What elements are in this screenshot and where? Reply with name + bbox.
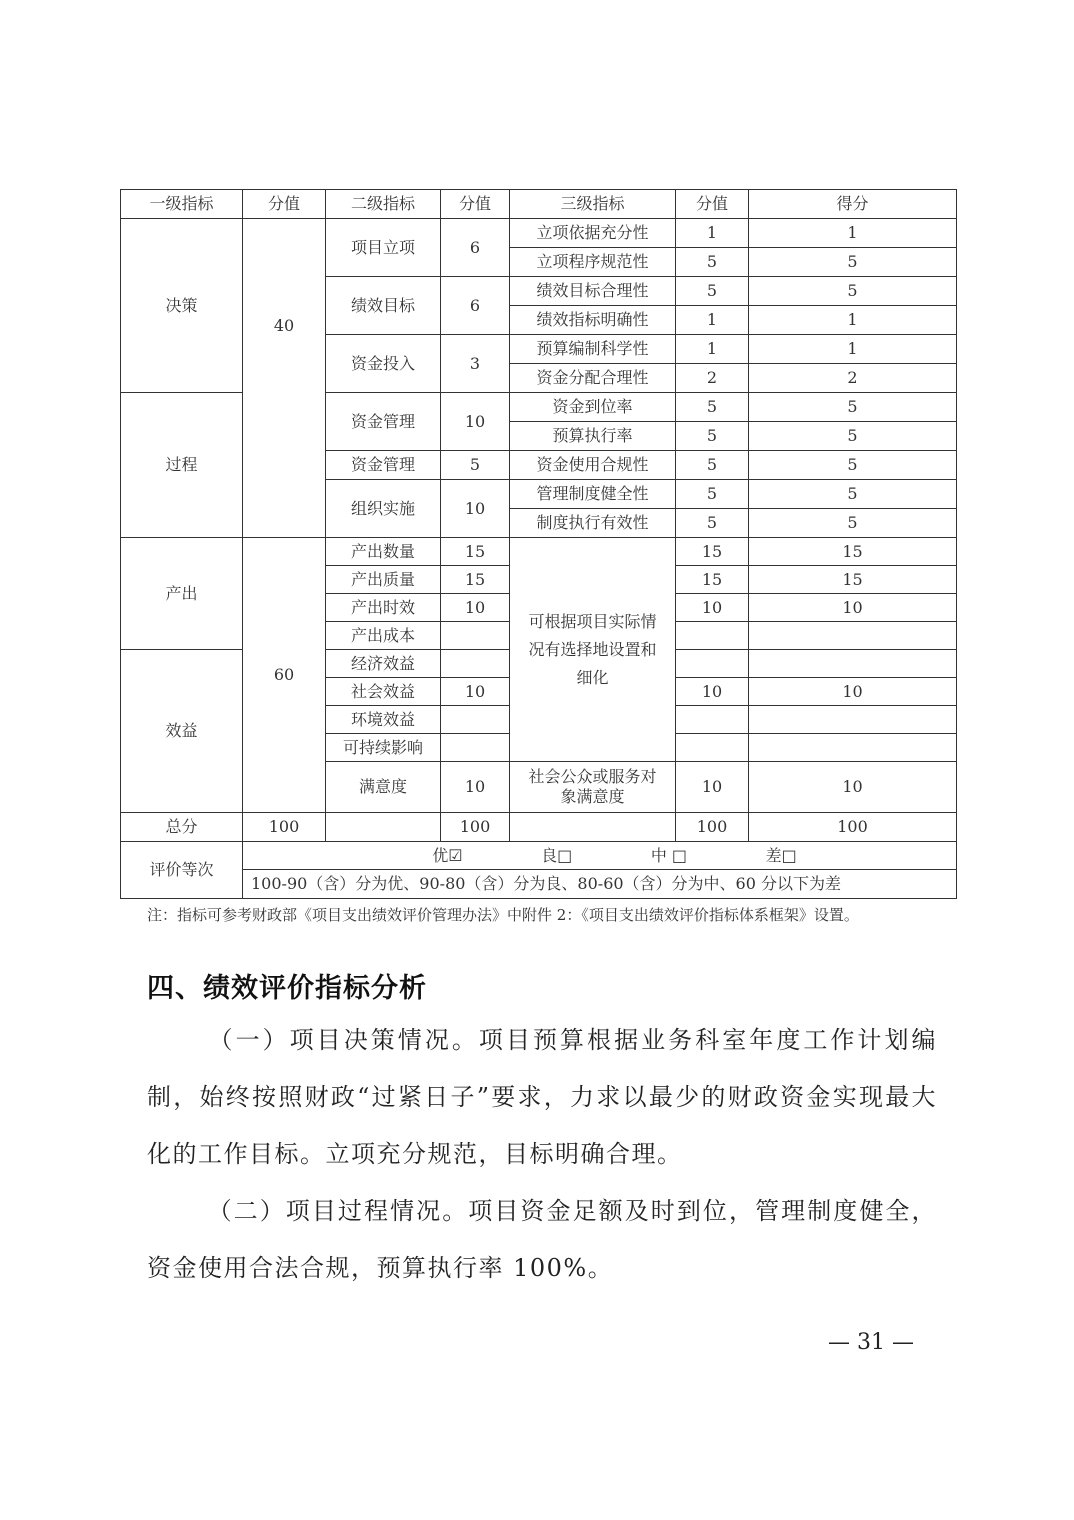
level3-name: 资金使用合规性 (510, 451, 676, 480)
level3-name: 制度执行有效性 (510, 509, 676, 538)
total-l1-score: 100 (243, 813, 326, 842)
level3-score (676, 650, 749, 678)
header-cell: 分值 (441, 190, 510, 219)
level3-score: 2 (676, 364, 749, 393)
level3-name: 预算执行率 (510, 422, 676, 451)
level1-score-60: 60 (243, 538, 326, 813)
level3-score: 1 (676, 335, 749, 364)
level3-name: 绩效指标明确性 (510, 306, 676, 335)
level2-score: 5 (441, 451, 510, 480)
total-obtained: 100 (749, 813, 957, 842)
total-l2-score: 100 (441, 813, 510, 842)
rating-row: 评价等次 优☑ 良□ 中 □ 差□ (121, 842, 957, 870)
level2-name: 资金管理 (326, 393, 441, 451)
level3-score (676, 622, 749, 650)
level2-score: 15 (441, 566, 510, 594)
empty-cell (326, 813, 441, 842)
level3-score: 10 (676, 594, 749, 622)
level3-score: 15 (676, 566, 749, 594)
table-footnote: 注：指标可参考财政部《项目支出绩效评价管理办法》中附件 2：《项目支出绩效评价指… (147, 903, 947, 928)
obtained-score: 10 (749, 678, 957, 706)
level3-score: 5 (676, 451, 749, 480)
total-label: 总分 (121, 813, 243, 842)
level3-score: 5 (676, 422, 749, 451)
header-cell: 一级指标 (121, 190, 243, 219)
paragraph-decision: （一）项目决策情况。项目预算根据业务科室年度工作计划编制，始终按照财政“过紧日子… (147, 1012, 937, 1183)
section-heading: 四、绩效评价指标分析 (147, 966, 427, 1005)
table-row: 决策 40 项目立项 6 立项依据充分性 1 1 (121, 219, 957, 248)
rating-criteria: 100-90（含）分为优、90-80（含）分为良、80-60（含）分为中、60 … (243, 870, 957, 899)
rating-label: 评价等次 (121, 842, 243, 899)
obtained-score: 15 (749, 538, 957, 566)
total-row: 总分 100 100 100 100 (121, 813, 957, 842)
obtained-score (749, 622, 957, 650)
obtained-score (749, 650, 957, 678)
level2-score: 15 (441, 538, 510, 566)
total-l3-score: 100 (676, 813, 749, 842)
level3-name: 管理制度健全性 (510, 480, 676, 509)
level2-score: 6 (441, 219, 510, 277)
level3-name: 立项依据充分性 (510, 219, 676, 248)
level3-name: 绩效目标合理性 (510, 277, 676, 306)
header-cell: 得分 (749, 190, 957, 219)
level2-name: 可持续影响 (326, 734, 441, 762)
page-number: — 31 — (828, 1330, 914, 1355)
level3-name: 资金分配合理性 (510, 364, 676, 393)
rating-poor-checkbox: 差□ (766, 846, 797, 866)
level1-process: 过程 (121, 393, 243, 538)
level2-name: 产出质量 (326, 566, 441, 594)
level2-score: 10 (441, 393, 510, 451)
level3-score (676, 706, 749, 734)
level3-score: 1 (676, 219, 749, 248)
level1-benefit: 效益 (121, 650, 243, 813)
level2-name: 经济效益 (326, 650, 441, 678)
header-cell: 三级指标 (510, 190, 676, 219)
obtained-score: 5 (749, 509, 957, 538)
obtained-score: 5 (749, 248, 957, 277)
level2-score (441, 734, 510, 762)
level2-score: 10 (441, 762, 510, 813)
level3-name: 资金到位率 (510, 393, 676, 422)
table-row: 产出 60 产出数量 15 可根据项目实际情况有选择地设置和细化 15 15 (121, 538, 957, 566)
rating-options: 优☑ 良□ 中 □ 差□ (243, 842, 957, 870)
level2-score (441, 706, 510, 734)
rating-good-checkbox: 良□ (541, 846, 572, 866)
level2-score: 10 (441, 594, 510, 622)
level3-score: 5 (676, 248, 749, 277)
level3-score: 15 (676, 538, 749, 566)
level2-name: 项目立项 (326, 219, 441, 277)
obtained-score: 1 (749, 219, 957, 248)
level3-score: 5 (676, 277, 749, 306)
obtained-score: 2 (749, 364, 957, 393)
rating-excellent-checked: 优☑ (432, 846, 462, 866)
obtained-score: 15 (749, 566, 957, 594)
obtained-score: 5 (749, 480, 957, 509)
level2-score: 10 (441, 480, 510, 538)
rating-criteria-row: 100-90（含）分为优、90-80（含）分为良、80-60（含）分为中、60 … (121, 870, 957, 899)
level2-score: 3 (441, 335, 510, 393)
level2-name: 资金投入 (326, 335, 441, 393)
empty-cell (510, 813, 676, 842)
obtained-score: 5 (749, 277, 957, 306)
obtained-score: 10 (749, 594, 957, 622)
level2-name: 环境效益 (326, 706, 441, 734)
header-cell: 分值 (243, 190, 326, 219)
obtained-score: 5 (749, 451, 957, 480)
obtained-score (749, 734, 957, 762)
header-cell: 二级指标 (326, 190, 441, 219)
level2-name: 资金管理 (326, 451, 441, 480)
obtained-score: 5 (749, 393, 957, 422)
level2-name: 社会效益 (326, 678, 441, 706)
table-header-row: 一级指标 分值 二级指标 分值 三级指标 分值 得分 (121, 190, 957, 219)
level3-score (676, 734, 749, 762)
level3-name: 立项程序规范性 (510, 248, 676, 277)
level2-score: 10 (441, 678, 510, 706)
obtained-score: 10 (749, 762, 957, 813)
level3-merged-note: 可根据项目实际情况有选择地设置和细化 (510, 538, 676, 762)
level3-name: 社会公众或服务对象满意度 (510, 762, 676, 813)
level2-name: 产出成本 (326, 622, 441, 650)
level2-score (441, 650, 510, 678)
level3-score: 10 (676, 678, 749, 706)
obtained-score: 1 (749, 306, 957, 335)
level1-output: 产出 (121, 538, 243, 650)
obtained-score: 5 (749, 422, 957, 451)
level3-score: 5 (676, 393, 749, 422)
level2-name: 产出数量 (326, 538, 441, 566)
paragraph-process: （二）项目过程情况。项目资金足额及时到位，管理制度健全，资金使用合法合规，预算执… (147, 1183, 937, 1297)
obtained-score (749, 706, 957, 734)
level2-name: 绩效目标 (326, 277, 441, 335)
obtained-score: 1 (749, 335, 957, 364)
level3-score: 5 (676, 509, 749, 538)
level1-score-40: 40 (243, 219, 326, 538)
level2-name: 组织实施 (326, 480, 441, 538)
header-cell: 分值 (676, 190, 749, 219)
level2-score (441, 622, 510, 650)
level2-name: 满意度 (326, 762, 441, 813)
level2-score: 6 (441, 277, 510, 335)
level3-score: 1 (676, 306, 749, 335)
level2-name: 产出时效 (326, 594, 441, 622)
level3-score: 5 (676, 480, 749, 509)
performance-indicator-table: 一级指标 分值 二级指标 分值 三级指标 分值 得分 决策 40 项目立项 6 … (120, 189, 957, 899)
rating-medium-checkbox: 中 □ (651, 846, 687, 866)
level1-decision: 决策 (121, 219, 243, 393)
level3-score: 10 (676, 762, 749, 813)
level3-name: 预算编制科学性 (510, 335, 676, 364)
